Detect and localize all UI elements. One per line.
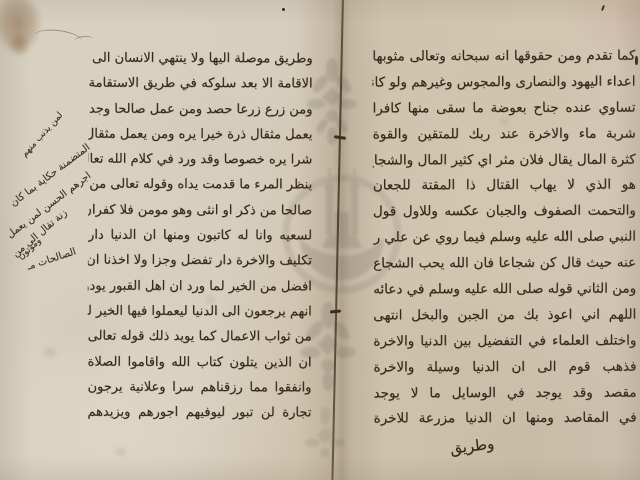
foxing-spot — [116, 448, 126, 456]
manuscript-line: كثرة المال يقال فلان مثر اي كثير المال و… — [373, 147, 636, 174]
manuscript-photo: وطريق موصلة اليها ولا ينتهي الانسان الى … — [0, 0, 640, 480]
ink-speck — [635, 56, 638, 65]
foxing-spot — [206, 296, 215, 303]
foxing-spot — [44, 348, 56, 357]
ink-speck — [282, 8, 285, 11]
manuscript-line: اعداء اليهود والنصارى والمجوس وغيرهم ولو… — [372, 69, 635, 96]
manuscript-line: هو الذي لا يهاب القتال ذا المقتة للجعان — [373, 173, 636, 200]
binding-stitch — [334, 135, 346, 140]
manuscript-line: وطريق موصلة اليها ولا ينتهي الانسان الى … — [89, 46, 313, 72]
manuscript-line: عنه حيث قال كن شجاعا فان الله يحب الشجاع — [373, 251, 636, 278]
corner-stain — [4, 26, 34, 62]
right-page-text-block: كما تقدم ومن حقوقها انه سبحانه وتعالى مث… — [372, 44, 636, 433]
gutter-fold-line — [331, 0, 344, 480]
manuscript-line: في المقاصد ومنها ان الدنيا مزرعة للاخرة — [374, 406, 637, 433]
manuscript-line: النبي صلى الله عليه وسلم فيما روي عن علي… — [373, 225, 636, 252]
ink-speck — [601, 5, 605, 11]
margin-note: لمن يذنب منهم المتضمنة حكاية بما كان اجر… — [0, 108, 130, 298]
manuscript-line: من ثواب الاعمال كما يويد ذلك قوله تعالى — [88, 324, 312, 350]
manuscript-line: الاقامة الا بعد سلوكه في طريق الاستقامة — [88, 71, 312, 97]
foxing-spot — [500, 118, 510, 126]
manuscript-line: مقصد وقد يوجد في الوسايل ما لا يوجد — [373, 380, 636, 407]
manuscript-line: وانفقوا مما رزقناهم سرا وعلانية يرجون — [87, 374, 311, 400]
binding-stitch — [330, 309, 341, 313]
manuscript-line: كما تقدم ومن حقوقها انه سبحانه وتعالى مث… — [372, 44, 635, 71]
manuscript-line: والتحمت الصفوف والجبان عكسه وللاول قول — [373, 199, 636, 226]
catchword: وطريق — [443, 434, 501, 459]
manuscript-line: ان الذين يتلون كتاب الله واقاموا الصلاة — [88, 349, 312, 375]
margin-note-line: لمن يذنب منهم — [20, 111, 65, 160]
manuscript-line: واختلف العلماء في التفضيل بين الدنيا وال… — [373, 328, 636, 355]
ink-speck — [566, 231, 568, 235]
paper-scratch — [74, 35, 95, 46]
manuscript-line: اللهم اني اعوذ بك من الجبن والبخل انتهى — [373, 302, 636, 329]
manuscript-line: فذهب قوم الى ان الدنيا وسيلة والاخرة — [373, 354, 636, 381]
manuscript-line: ومن الثاني قوله صلى الله عليه وسلم في دع… — [373, 277, 636, 304]
manuscript-line: تجارة لن تبور ليوفيهم اجورهم ويزيدهم — [87, 400, 311, 426]
manuscript-line: انهم يرجعون الى الدنيا ليعملوا فيها الخي… — [88, 299, 312, 325]
